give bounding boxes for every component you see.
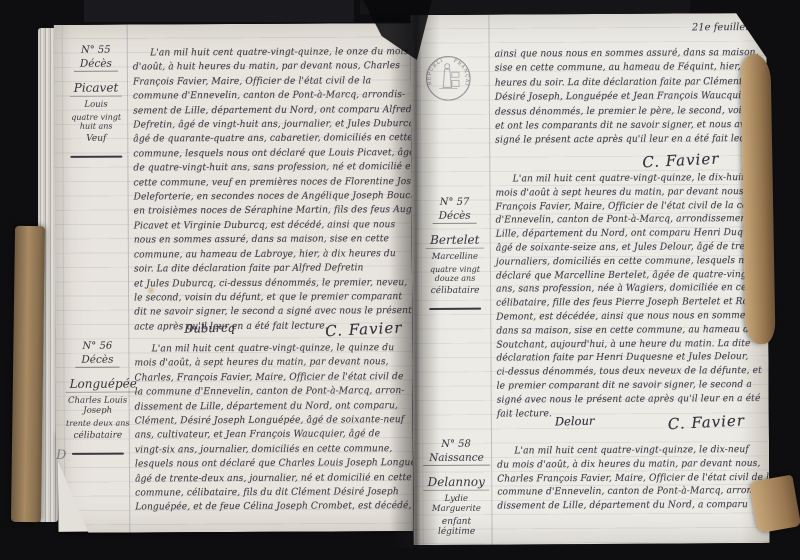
manuscript-line: ans, cultivateur, et Jean François Waucq…: [135, 428, 394, 444]
folio-label: 21e feuillet.: [692, 22, 753, 33]
record-category: Naissance: [423, 452, 490, 466]
manuscript-line: la commune d'Ennevelin, canton de Pont-à…: [135, 384, 394, 400]
act-56-continuation-text: ainsi que nous nous en sommes assuré, da…: [495, 46, 749, 148]
manuscript-line: commune d'Ennevelin, canton de Pont-à-Ma…: [133, 88, 392, 104]
manuscript-line: dit ne savoir signer, le second a signé …: [134, 304, 393, 320]
signature-mayor: C. Favier: [325, 318, 403, 340]
manuscript-line: ci-dessus dénommés, tous deux neveux de …: [497, 364, 751, 379]
record-category: Décès: [433, 210, 477, 224]
manuscript-line: L'an mil huit cent quatre-vingt-quinze, …: [497, 443, 751, 458]
signature-witness: Delour: [555, 414, 595, 429]
record-given-names: Louis: [64, 100, 128, 110]
record-number: N° 58: [423, 439, 489, 450]
manuscript-line: Picavet et Virginie Duburcq, est décédé,…: [134, 218, 393, 234]
margin-note-record-55: N° 55 Décès Picavet Louis quatre vingt h…: [64, 45, 129, 158]
manuscript-line: sise en cette commune, au hameau de Féqu…: [495, 60, 749, 76]
margin-divider: [72, 453, 124, 455]
left-page: N° 55 Décès Picavet Louis quatre vingt h…: [54, 23, 414, 533]
manuscript-line: Defretin, âgé de vingt-huit ans, journal…: [133, 117, 392, 133]
manuscript-line: dissement de Lille, département du Nord,…: [135, 399, 394, 415]
register-photo: D N° 55 Décès Picavet Louis quatre vingt…: [0, 0, 800, 560]
manuscript-line: soir. La dite déclaration faite par Alfr…: [134, 261, 393, 277]
manuscript-line: et Jules Duburcq, ci-dessus dénommés, le…: [134, 276, 393, 292]
background-shadow-block: [84, 0, 354, 22]
record-number: N° 57: [421, 197, 487, 208]
book-spine-edge: [11, 226, 45, 522]
margin-divider: [429, 308, 481, 310]
act-56-text: L'an mil huit cent quatre-vingt-quinze, …: [134, 341, 394, 515]
manuscript-line: L'an mil huit cent quatre-vingt-quinze, …: [134, 341, 393, 357]
manuscript-line: Longuépée, et de feue Célina Joseph Crom…: [135, 500, 394, 516]
curled-page-edge: [740, 54, 775, 344]
manuscript-line: journaliers, domiciliés en cette commune…: [496, 254, 750, 269]
manuscript-line: mois d'août, à sept heures du matin, par…: [134, 356, 393, 372]
record-category: Décès: [74, 58, 118, 72]
manuscript-line: Demont, est décédée, ainsi que nous nous…: [496, 309, 750, 324]
manuscript-line: Charles, François Favier, Maire, Officie…: [134, 370, 393, 386]
record-category: Décès: [75, 354, 119, 368]
record-age: trente deux ans: [66, 419, 130, 428]
margin-note-record-56: N° 56 Décès Longuépée Charles Louis Jose…: [65, 341, 130, 455]
manuscript-line: et ont les comparants dit ne savoir sign…: [495, 118, 749, 134]
record-number: N° 55: [64, 45, 128, 56]
manuscript-line: âgé de trente-deux ans, journalier, né e…: [135, 471, 394, 487]
record-status: Veuf: [64, 134, 128, 144]
manuscript-line: ainsi que nous nous en sommes assuré, da…: [495, 46, 749, 62]
record-given-names: Marcelline: [422, 252, 488, 262]
margin-note-record-58: N° 58 Naissance Delannoy Lydie Marguerit…: [423, 439, 490, 547]
manuscript-line: d'août, à huit heures du matin, par deva…: [133, 60, 392, 76]
manuscript-line: signé le présent acte après qu'il leur e…: [495, 132, 749, 148]
manuscript-line: commune, au hameau de Labroye, hier, à d…: [134, 247, 393, 263]
signature-mayor: C. Favier: [642, 150, 720, 172]
manuscript-line: commune, lesquels nous ont déclaré que L…: [133, 146, 392, 162]
act-57-signatures: Delour C. Favier: [497, 413, 759, 433]
manuscript-line: âgé de soixante-seize ans, et Jules Delo…: [496, 240, 750, 255]
manuscript-line: commune, célibataire, fils du dit Clémen…: [135, 485, 394, 501]
manuscript-line: cette commune, veuf en premières noces d…: [133, 175, 392, 191]
act-56-signatures: C. Favier: [495, 151, 757, 171]
record-status: célibataire: [422, 286, 488, 296]
manuscript-line: de quatre-vingt-huit ans, sans professio…: [133, 160, 392, 176]
manuscript-line: sement de Lille, département du Nord, on…: [133, 103, 392, 119]
manuscript-line: dissement de Lille, département du Nord,…: [497, 498, 751, 513]
record-status: célibataire: [66, 431, 130, 441]
signature-mayor: C. Favier: [667, 411, 745, 433]
manuscript-line: vingt-six ans, journalier, domiciliés en…: [135, 442, 394, 458]
paper-stain: [146, 286, 156, 295]
act-55-signatures: Duburcq C. Favier: [134, 320, 402, 339]
manuscript-line: dans sa maison, sise en cette commune, a…: [496, 323, 750, 338]
manuscript-line: L'an mil huit cent quatre-vingt-quinze, …: [495, 171, 749, 186]
act-55-text: L'an mil huit cent quatre-vingt-quinze, …: [133, 45, 394, 334]
page-corner-tab: [749, 475, 800, 534]
manuscript-line: heures du soir. La dite déclaration fait…: [495, 75, 749, 91]
manuscript-line: Clément, Désiré Joseph Longuépée, âgé de…: [135, 413, 394, 429]
act-57-text: L'an mil huit cent quatre-vingt-quinze, …: [495, 171, 750, 421]
manuscript-line: le second, voisin du défunt, et que le p…: [134, 290, 393, 306]
record-given-names: Charles Louis Joseph: [66, 396, 130, 416]
right-page: 21e feuillet. RÉPUBLIQUE FRANÇAISE ainsi…: [410, 13, 769, 545]
record-surname: Picavet: [70, 81, 123, 97]
manuscript-line: lesquels nous ont déclaré que Charles Lo…: [135, 456, 394, 472]
manuscript-line: en troisièmes noces de Séraphine Martin,…: [134, 204, 393, 220]
revenue-stamp-icon: RÉPUBLIQUE FRANÇAISE: [425, 55, 472, 102]
record-surname: Bertelet: [426, 233, 483, 249]
manuscript-line: célibataire, fille des feus Pierre Josep…: [496, 295, 750, 310]
margin-divider: [70, 156, 122, 158]
record-number: N° 56: [65, 341, 129, 352]
manuscript-line: Désiré Joseph, Longuépée et Jean Françoi…: [495, 89, 749, 105]
record-age: quatre vingt douze ans: [422, 265, 488, 283]
manuscript-line: âgé de quarante-quatre ans, cabaretier, …: [133, 132, 392, 148]
manuscript-line: mois d'août à sept heures du matin, par …: [495, 185, 749, 200]
manuscript-line: dessus dénommés, le premier le père, le …: [495, 104, 749, 120]
record-age: quatre vingt huit ans: [64, 113, 128, 131]
manuscript-line: L'an mil huit cent quatre-vingt-quinze, …: [133, 45, 392, 61]
record-surname: Longuépée: [66, 376, 141, 392]
margin-note-record-57: N° 57 Décès Bertelet Marcelline quatre v…: [421, 197, 488, 310]
manuscript-line: du mois d'août, à dix heures du matin, p…: [497, 457, 751, 472]
manuscript-line: François Favier, Maire, Officier de l'ét…: [133, 74, 392, 90]
manuscript-line: nous en sommes assuré, dans sa maison, s…: [134, 232, 393, 248]
manuscript-line: signé avec nous le présent acte après qu…: [497, 392, 751, 407]
signature-witness: Duburcq: [184, 321, 235, 336]
act-58-text: L'an mil huit cent quatre-vingt-quinze, …: [497, 443, 751, 514]
manuscript-line: Deleforterie, en secondes noces de Angél…: [134, 189, 393, 205]
manuscript-line: le premier comparant dit ne savoir signe…: [497, 378, 751, 393]
edge-ink-mark: D: [56, 448, 66, 463]
record-given-names: Lydie Marguerite: [423, 494, 489, 514]
record-status: enfant légitime: [423, 517, 489, 537]
record-surname: Delannoy: [424, 475, 489, 491]
